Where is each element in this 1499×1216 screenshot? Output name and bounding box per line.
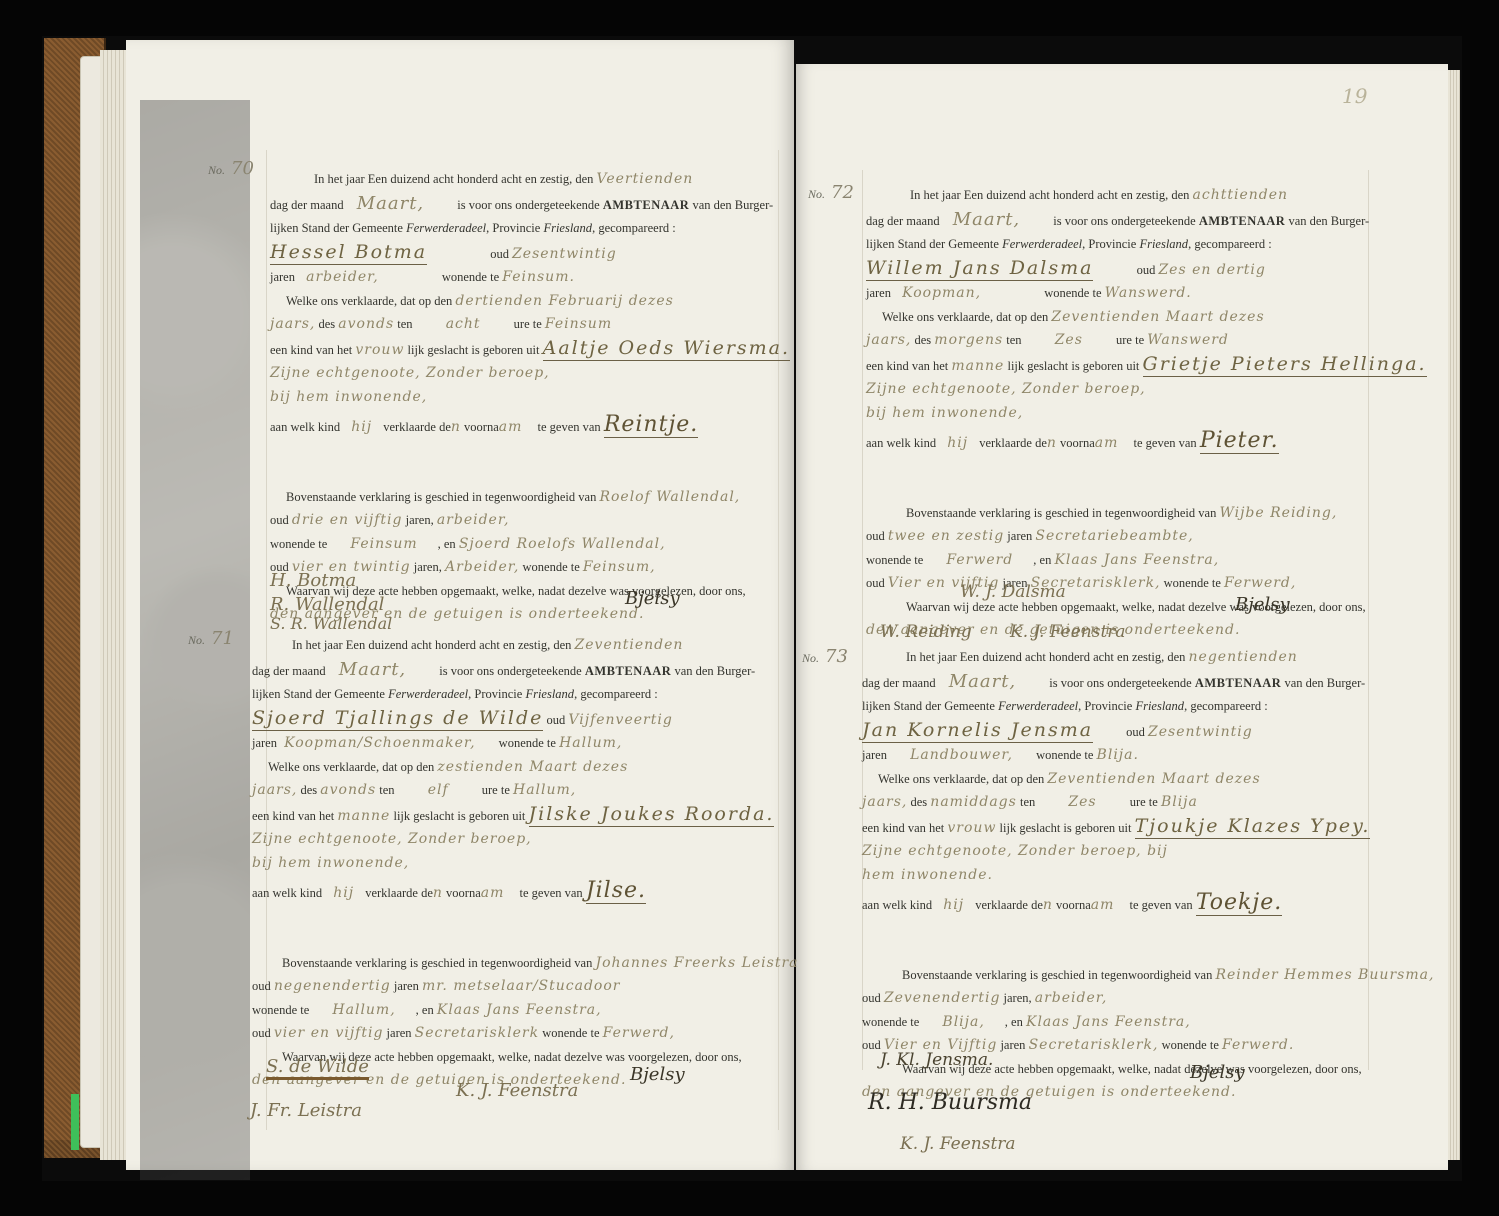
signature-witness-1: W. Reiding [880, 622, 972, 642]
signature-declarant: J. Kl. Jensma. [880, 1050, 993, 1070]
folio-number: 19 [1342, 86, 1367, 106]
signature-witness-1: R. Wallendal [270, 594, 384, 615]
declarant-name: Willem Jans Dalsma [866, 257, 1093, 281]
birth-entry-73: In het jaar Een duizend acht honderd ach… [862, 646, 1372, 1105]
signature-witness-2: K. J. Feenstra [456, 1080, 578, 1101]
green-bookmark-tab [71, 1094, 79, 1150]
entry-number: No.72 [808, 182, 854, 203]
signature-declarant: W. J. Dalsma [960, 582, 1066, 602]
mother-name: Jilske Joukes Roorda. [529, 803, 775, 827]
given-name: Pieter. [1200, 428, 1279, 454]
signature-witness-2: K. J. Feenstra [1010, 622, 1126, 642]
declarant-name: Jan Kornelis Jensma [862, 719, 1093, 743]
given-name: Jilse. [586, 878, 646, 904]
signature-witness-2: K. J. Feenstra [900, 1134, 1016, 1154]
signature-official: Bjelsy [625, 588, 680, 609]
signature-witness-2: S. R. Wallendal [270, 614, 392, 633]
mother-name: Tjoukje Klazes Ypey. [1135, 815, 1371, 839]
birth-entry-71: In het jaar Een duizend acht honderd ach… [252, 634, 772, 1093]
mother-name: Grietje Pieters Hellinga. [1143, 353, 1427, 377]
entry-number: No.70 [208, 158, 254, 179]
signature-official: Bjelsy [630, 1064, 685, 1085]
entry-number: No.73 [802, 646, 848, 667]
birth-entry-72: In het jaar Een duizend acht honderd ach… [866, 184, 1376, 643]
signature-official: Bjelsy [1235, 594, 1290, 615]
mother-name: Aaltje Oeds Wiersma. [543, 337, 790, 361]
signature-declarant: H. Botma [270, 570, 356, 591]
given-name: Toekje. [1196, 890, 1282, 916]
given-name: Reintje. [604, 412, 698, 438]
signature-witness-1: J. Fr. Leistra [250, 1100, 362, 1121]
right-page-edges [1448, 70, 1460, 1160]
declarant-name: Sjoerd Tjallings de Wilde [252, 707, 543, 731]
declarant-name: Hessel Botma [270, 241, 427, 265]
entry-number: No.71 [188, 628, 234, 649]
left-page-edges [100, 50, 128, 1160]
birth-entry-70: In het jaar Een duizend acht honderd ach… [270, 168, 790, 627]
signature-declarant: S. de Wilde [266, 1056, 369, 1080]
signature-witness-1: R. H. Buursma [868, 1090, 1032, 1115]
signature-official: Bjelsy [1190, 1062, 1245, 1083]
